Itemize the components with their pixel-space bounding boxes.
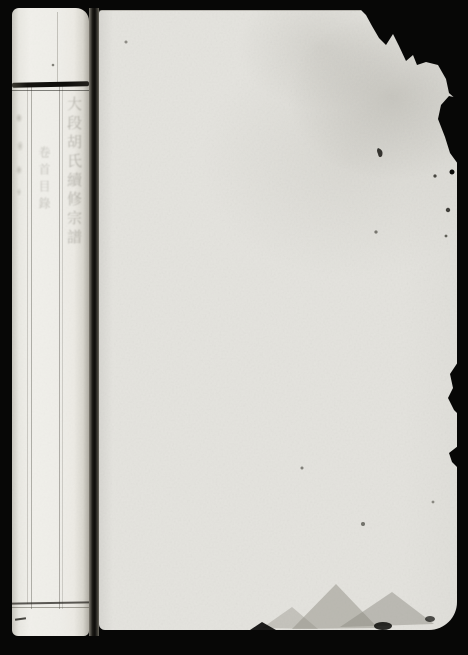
label-rule-left xyxy=(31,85,32,609)
faint-illegible-marks xyxy=(13,108,25,200)
cover-top-crease xyxy=(57,12,58,84)
cover-spine-strip: 大段胡氏續修宗譜 卷首目錄 xyxy=(12,8,89,636)
spine-title-vertical: 大段胡氏續修宗譜 xyxy=(64,96,85,248)
label-bottom-rule xyxy=(12,601,89,604)
cover-crease-line xyxy=(27,86,28,604)
blank-page xyxy=(99,10,457,630)
book-scan: 大段胡氏續修宗譜 卷首目錄 xyxy=(0,0,468,655)
label-rule-mid2 xyxy=(62,85,63,609)
label-top-rule xyxy=(12,81,89,88)
label-rule-mid xyxy=(59,85,60,609)
label-top-rule-thin xyxy=(12,90,89,91)
page-top-edge xyxy=(99,10,361,11)
binding-gutter-shadow xyxy=(89,8,99,636)
cover-bottom-mark xyxy=(15,617,26,621)
label-bottom-rule-thin xyxy=(12,607,89,608)
spine-subtitle-vertical: 卷首目錄 xyxy=(36,146,53,214)
